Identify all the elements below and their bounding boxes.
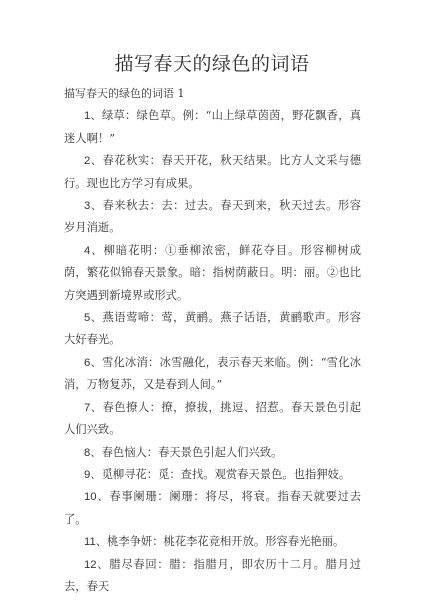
item-number: 10 <box>84 491 97 503</box>
document-page: 描写春天的绿色的词语 描写春天的绿色的词语 1 1、绿草：绿色草。例：“山上绿草… <box>0 0 424 600</box>
list-item: 2、春花秋实：春天开花，秋天结果。比方人文采与德行。现也比方学习有成果。 <box>64 150 361 195</box>
item-text: 、春色撩人：撩，撩拔，挑逗、招惹。春天景色引起人们兴致。 <box>64 401 361 436</box>
item-text: 、春花秋实：春天开花，秋天结果。比方人文采与德行。现也比方学习有成果。 <box>64 154 361 189</box>
list-item: 5、燕语莺啼：莺，黄鹂。燕子话语，黄鹂歌声。形容大好春光。 <box>64 307 361 352</box>
item-text: 、雪化冰消：冰雪融化，表示春天来临。例：“雪化冰消，万物复苏，又是春到人间。” <box>64 356 361 391</box>
item-text: 、柳暗花明：①垂柳浓密，鲜花夺目。形容柳树成荫，繁花似锦春天景象。暗：指树荫蔽日… <box>64 244 361 302</box>
item-text: 、燕语莺啼：莺，黄鹂。燕子话语，黄鹂歌声。形容大好春光。 <box>64 311 361 346</box>
list-item: 10、春事阑珊：阑珊：将尽，将衰。指春天就要过去了。 <box>64 486 361 531</box>
list-item: 7、春色撩人：撩，撩拔，挑逗、招惹。春天景色引起人们兴致。 <box>64 397 361 442</box>
document-body: 描写春天的绿色的词语 1 1、绿草：绿色草。例：“山上绿草茵茵，野花飘香，真迷人… <box>64 83 361 598</box>
list-item: 12、腊尽春回：腊：指腊月，即农历十二月。腊月过去，春天 <box>64 554 361 599</box>
item-text: 、桃李争妍：桃花李花竞相开放。形容春光艳丽。 <box>96 535 345 548</box>
item-text: 、绿草：绿色草。例：“山上绿草茵茵，野花飘香，真迷人啊！” <box>64 109 361 144</box>
list-item: 3、春来秋去：去：过去。春天到来，秋天过去。形容岁月消逝。 <box>64 195 361 240</box>
section-subtitle: 描写春天的绿色的词语 1 <box>64 83 361 105</box>
item-text: 、春色恼人：春天景色引起人们兴致。 <box>90 446 282 459</box>
list-item: 1、绿草：绿色草。例：“山上绿草茵茵，野花飘香，真迷人啊！” <box>64 105 361 150</box>
item-text: 、觅柳寻花：觅：查找。观赏春天景色。也指狎妓。 <box>90 468 350 481</box>
item-text: 、春事阑珊：阑珊：将尽，将衰。指春天就要过去了。 <box>64 490 361 525</box>
item-text: 、春来秋去：去：过去。春天到来，秋天过去。形容岁月消逝。 <box>64 199 361 234</box>
list-item: 8、春色恼人：春天景色引起人们兴致。 <box>64 442 361 464</box>
list-item: 9、觅柳寻花：觅：查找。观赏春天景色。也指狎妓。 <box>64 464 361 486</box>
item-text: 、腊尽春回：腊：指腊月，即农历十二月。腊月过去，春天 <box>64 558 361 593</box>
list-item: 4、柳暗花明：①垂柳浓密，鲜花夺目。形容柳树成荫，繁花似锦春天景象。暗：指树荫蔽… <box>64 240 361 307</box>
document-title: 描写春天的绿色的词语 <box>0 49 424 76</box>
list-item: 11、桃李争妍：桃花李花竞相开放。形容春光艳丽。 <box>64 531 361 553</box>
item-number: 12 <box>84 559 97 571</box>
list-item: 6、雪化冰消：冰雪融化，表示春天来临。例：“雪化冰消，万物复苏，又是春到人间。” <box>64 352 361 397</box>
item-number: 11 <box>84 536 96 548</box>
